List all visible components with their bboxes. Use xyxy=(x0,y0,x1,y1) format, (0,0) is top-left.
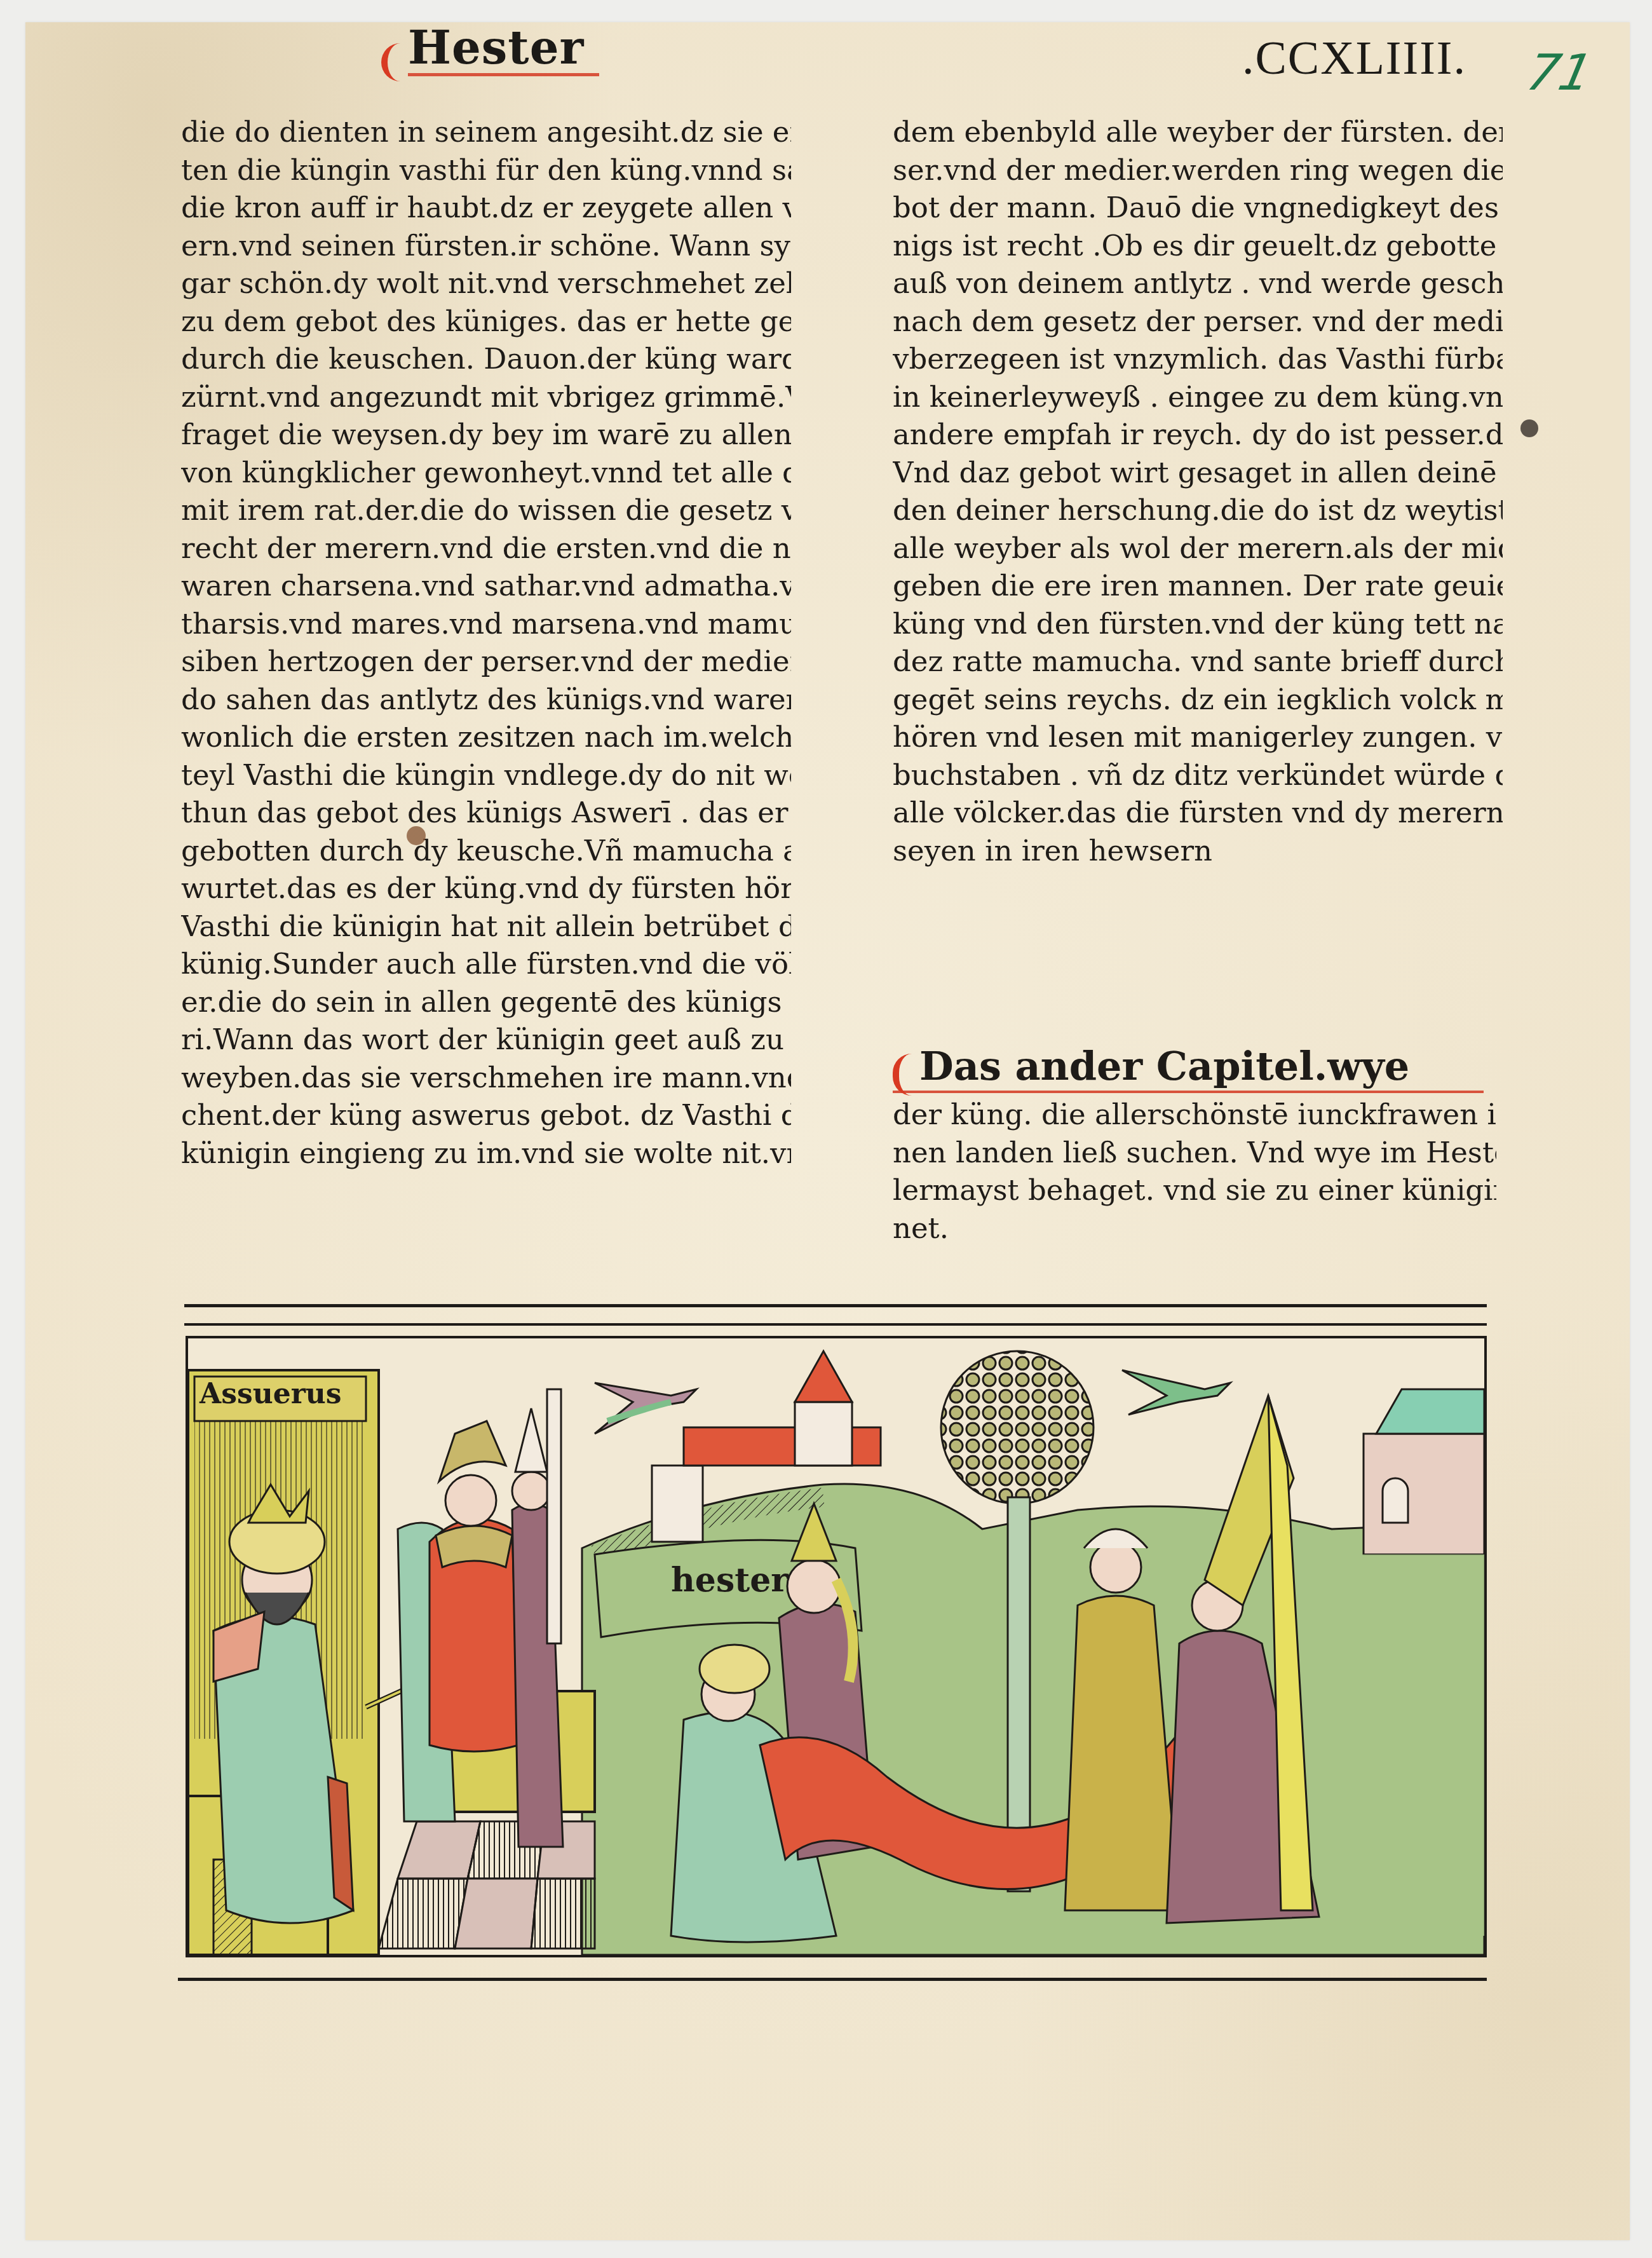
right-text-column: dem ebenbyld alle weyber der fürsten. de… xyxy=(893,113,1503,869)
woodcut-scene: Assuerus hester xyxy=(186,1336,1487,1957)
rubric-mark-icon xyxy=(381,43,404,81)
text-line: fraget die weysen.dy bey im warē zu alle… xyxy=(181,416,791,454)
text-line: waren charsena.vnd sathar.vnd admatha.vn… xyxy=(181,567,791,605)
text-line: alle weyber als wol der merern.als der m… xyxy=(893,529,1503,568)
frame-rule-top xyxy=(184,1304,1487,1307)
text-line: recht der merern.vnd die ersten.vnd die … xyxy=(181,529,791,568)
text-line: die do dienten in seinem angesiht.dz sie… xyxy=(181,113,791,151)
text-line: weyben.das sie verschmehen ire mann.vnd … xyxy=(181,1059,791,1097)
chapter-heading: Das ander Capitel.wye xyxy=(893,1042,1484,1093)
woodcut-illustration: Assuerus hester xyxy=(178,1304,1490,1984)
text-line: do sahen das antlytz des künigs.vnd ware… xyxy=(181,681,791,719)
text-line: durch die keuschen. Dauon.der küng ward … xyxy=(181,340,791,378)
text-line: hören vnd lesen mit manigerley zungen. v… xyxy=(893,718,1503,756)
text-line: dem ebenbyld alle weyber der fürsten. de… xyxy=(893,113,1503,151)
folio-number: .CCXLIIII. xyxy=(1242,32,1466,86)
text-line: ri.Wann das wort der künigin geet auß zu… xyxy=(181,1021,791,1059)
frame-rule-bottom xyxy=(178,1978,1487,1981)
text-line: von küngklicher gewonheyt.vnnd tet alle … xyxy=(181,454,791,492)
text-line: zürnt.vnd angezundt mit vbrigez grimmē.V… xyxy=(181,378,791,416)
text-line: der küng. die allerschönstē iunckfrawen … xyxy=(893,1096,1496,1134)
hester-scroll-label: hester xyxy=(671,1561,789,1600)
text-line: Vasthi die künigin hat nit allein betrüb… xyxy=(181,908,791,946)
text-line: gar schön.dy wolt nit.vnd verschmehet ze… xyxy=(181,264,791,303)
chapter-section: Das ander Capitel.wye der küng. die alle… xyxy=(893,1042,1496,1247)
text-line: siben hertzogen der perser.vnd der medie… xyxy=(181,643,791,681)
running-head: Hester xyxy=(381,25,599,76)
text-line: net. xyxy=(893,1209,1496,1248)
text-line: bot der mann. Dauō die vngnedigkeyt des … xyxy=(893,189,1503,227)
foxing-spot xyxy=(407,826,426,845)
chapter-summary: der küng. die allerschönstē iunckfrawen … xyxy=(893,1096,1496,1247)
text-line: künigin eingieng zu im.vnd sie wolte nit… xyxy=(181,1134,791,1173)
text-line: teyl Vasthi die küngin vndlege.dy do nit… xyxy=(181,756,791,794)
left-text-column: die do dienten in seinem angesiht.dz sie… xyxy=(181,113,791,1172)
chapter-heading-text: Das ander Capitel.wye xyxy=(919,1042,1409,1091)
text-line: er.die do sein in allen gegentē des küni… xyxy=(181,983,791,1021)
text-line: nach dem gesetz der perser. vnd der medi… xyxy=(893,303,1503,341)
text-line: ser.vnd der medier.werden ring wegen die… xyxy=(893,151,1503,189)
woodcut-scene-drawing xyxy=(188,1338,1484,1955)
rubric-mark-icon xyxy=(893,1054,916,1096)
text-line: mit irem rat.der.die do wissen die geset… xyxy=(181,491,791,529)
text-line: auß von deinem antlytz . vnd werde gesch… xyxy=(893,264,1503,303)
text-line: thun das gebot des künigs Aswerī . das e… xyxy=(181,794,791,832)
text-line: lermayst behaget. vnd sie zu einer künig… xyxy=(893,1171,1496,1209)
text-line: chent.der küng aswerus gebot. dz Vasthi … xyxy=(181,1096,791,1134)
text-line: gegēt seins reychs. dz ein iegklich volc… xyxy=(893,681,1503,719)
text-line: andere empfah ir reych. dy do ist pesser… xyxy=(893,416,1503,454)
text-line: zu dem gebot des küniges. das er hette g… xyxy=(181,303,791,341)
assuerus-banner-label: Assuerus xyxy=(200,1378,342,1410)
text-line: in keinerleyweyß . eingee zu dem küng.vn… xyxy=(893,378,1503,416)
text-line: Vnd daz gebot wirt gesaget in allen dein… xyxy=(893,454,1503,492)
text-line: nigs ist recht .Ob es dir geuelt.dz gebo… xyxy=(893,227,1503,265)
text-line: ern.vnd seinen fürsten.ir schöne. Wann s… xyxy=(181,227,791,265)
text-line: künig.Sunder auch alle fürsten.vnd die v… xyxy=(181,945,791,983)
text-line: nen landen ließ suchen. Vnd wye im Heste… xyxy=(893,1134,1496,1172)
text-line: den deiner herschung.die do ist dz weyti… xyxy=(893,491,1503,529)
text-line: wurtet.das es der küng.vnd dy fürsten hö… xyxy=(181,869,791,908)
text-line: dez ratte mamucha. vnd sante brieff durc… xyxy=(893,643,1503,681)
text-line: buchstaben . vñ dz ditz verkündet würde … xyxy=(893,756,1503,794)
text-line: wonlich die ersten zesitzen nach im.welc… xyxy=(181,718,791,756)
ink-speck xyxy=(1520,419,1538,437)
text-line: geben die ere iren mannen. Der rate geui… xyxy=(893,567,1503,605)
text-line: alle völcker.das die fürsten vnd dy mere… xyxy=(893,794,1503,832)
text-line: küng vnd den fürsten.vnd der küng tett n… xyxy=(893,605,1503,643)
text-line: ten die küngin vasthi für den küng.vnnd … xyxy=(181,151,791,189)
frame-rule-top-inner xyxy=(184,1323,1487,1326)
text-line: die kron auff ir haubt.dz er zeygete all… xyxy=(181,189,791,227)
running-head-title: Hester xyxy=(408,22,599,76)
text-line: gebotten durch dy keusche.Vñ mamucha ant… xyxy=(181,832,791,870)
text-line: vberzegeen ist vnzymlich. das Vasthi für… xyxy=(893,340,1503,378)
text-line: tharsis.vnd mares.vnd marsena.vnd mamuch… xyxy=(181,605,791,643)
handwritten-page-number: 71 xyxy=(1522,44,1597,102)
text-line: seyen in iren hewsern xyxy=(893,832,1503,870)
